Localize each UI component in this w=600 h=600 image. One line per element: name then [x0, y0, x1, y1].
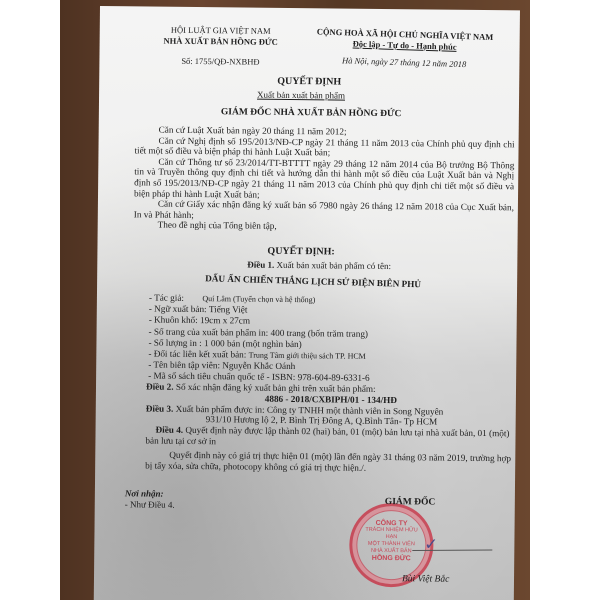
articles-2-4: Điều 2. Số xác nhận đăng ký xuất bản ghi…: [145, 382, 516, 475]
article-4-label: Điều 4.: [156, 425, 184, 435]
detail-value: Quí Lâm (Tuyển chọn và hệ thống): [202, 294, 315, 304]
recipients-title: Nơi nhận:: [125, 488, 175, 500]
recipients: Nơi nhận: - Như Điều 4.: [125, 488, 175, 511]
detail-value: 19cm x 27cm: [200, 315, 250, 326]
document-title: QUYẾT ĐỊNH: [277, 76, 341, 88]
issue-date: Hà Nội, ngày 27 tháng 12 năm 2018: [284, 53, 524, 72]
detail-value: Tiếng Việt: [209, 304, 248, 314]
book-details: - Tác giả: Quí Lâm (Tuyển chọn và hệ thố…: [148, 293, 370, 385]
recipient-item: - Như Điều 4.: [125, 499, 175, 511]
article-2-text: Số xác nhận đăng ký xuất bản ghi trên xu…: [176, 382, 376, 394]
detail-value: Nguyễn Khắc Oánh: [222, 361, 295, 372]
article-1: Điều 1. Xuất bản xuất bản phẩm có tên:: [247, 260, 391, 272]
signer-name: Bùi Việt Bắc: [402, 574, 449, 584]
detail-label: - Số lượng in :: [148, 337, 201, 349]
article-4: Điều 4. Quyết định này được lập thành 02…: [145, 425, 515, 450]
detail-label: - Ngữ xuất bản:: [149, 304, 207, 316]
book-title: DẤU ẤN CHIẾN THẮNG LỊCH SỬ ĐIỆN BIÊN PHỦ: [205, 273, 421, 289]
detail-value: ISBN: 978-604-89-6331-6: [272, 372, 370, 383]
issuing-authority: GIÁM ĐỐC NHÀ XUẤT BẢN HỒNG ĐỨC: [221, 107, 402, 119]
validity-clause: Quyết định này có giá trị thực hiện 01 (…: [145, 449, 515, 474]
seal-line: HỒNG ĐỨC: [364, 555, 418, 563]
article-4-text: Quyết định này được lập thành 02 (hai) b…: [145, 425, 509, 446]
preamble-line: Căn cứ Thông tư số 23/2014/TT-BTTTT ngày…: [134, 156, 514, 202]
article-1-text: Xuất bản xuất bản phẩm có tên:: [276, 260, 391, 271]
document-number: Số: 1755/QĐ-NXBHĐ: [145, 55, 295, 68]
article-1-label: Điều 1.: [247, 260, 274, 270]
detail-value: Trung Tâm giới thiệu sách TP. HCM: [249, 351, 366, 361]
header-right: CỘNG HOÀ XÃ HỘI CHỦ NGHĨA VIỆT NAM Độc l…: [284, 25, 525, 72]
detail-label: - Khuôn khổ:: [149, 315, 198, 327]
org-name: NHÀ XUẤT BẢN HỒNG ĐỨC: [146, 35, 296, 48]
detail-label: - Tác giả:: [149, 293, 184, 305]
preamble: Căn cứ Luật Xuất bản ngày 20 tháng 11 nă…: [134, 124, 515, 234]
detail-value: 1 000 bản (một nghìn bản): [204, 338, 302, 349]
header-left: HỘI LUẬT GIA VIỆT NAM NHÀ XUẤT BẢN HỒNG …: [145, 24, 295, 68]
document-subtitle: Xuất bản xuất bản phẩm: [257, 90, 345, 101]
signature-line: [412, 549, 492, 551]
signer-role: GIÁM ĐỐC: [385, 497, 436, 508]
seal-line: TRÁCH NHIỆM HỮU HẠN: [364, 527, 418, 542]
seal-text: CÔNG TY TRÁCH NHIỆM HỮU HẠN MỘT THÀNH VI…: [364, 520, 418, 563]
decision-heading: QUYẾT ĐỊNH:: [267, 246, 334, 258]
detail-value: 400 trang (bốn trăm trang): [271, 327, 369, 338]
article-3-label: Điều 3.: [146, 403, 174, 413]
document-photo: HỘI LUẬT GIA VIỆT NAM NHÀ XUẤT BẢN HỒNG …: [60, 0, 530, 600]
detail-label: - Tên biên tập viên:: [148, 360, 220, 372]
article-2-label: Điều 2.: [146, 382, 174, 392]
decision-document: HỘI LUẬT GIA VIỆT NAM NHÀ XUẤT BẢN HỒNG …: [94, 6, 520, 600]
